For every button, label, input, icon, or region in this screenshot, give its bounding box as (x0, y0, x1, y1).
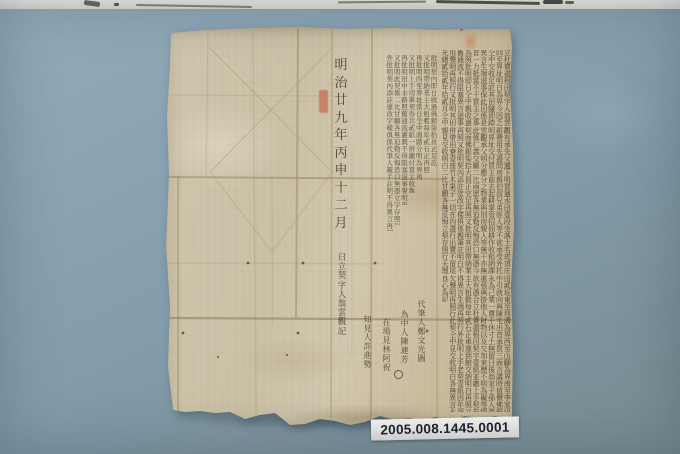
signature-column: 知見人許進勢 (362, 315, 373, 377)
wall-scuff-mark (114, 3, 119, 6)
catalog-number: 2005.008.1445.0001 (380, 420, 510, 438)
annotation-column: 又批明上手司單契券共貳紙一併繳付買主收執再照 (408, 55, 415, 193)
deed-text-column: 為照批明即日仝中親收過契面佛銀柒拾大員正完足再照又批明其田帶納業主大租穀每年貳石… (465, 50, 473, 412)
wall-scuff-mark (543, 0, 563, 4)
deed-main-text-block: 立杜賣盡根田契字人翁雲觀有承先父遺下明買過水田壹段坐落土名崁頂庄田貳坵東至圳溝為… (441, 50, 511, 412)
annotation-column: 外批明契內添註塗改字樣俱係代筆人親手註明不得異言再照行 (386, 55, 393, 231)
deed-text-column: 立杜賣盡根田契字人翁雲觀有承先父遺下明買過水田壹段坐落土名崁頂庄田貳坵東至圳溝為… (503, 50, 511, 412)
wall-crack-line (136, 4, 252, 8)
red-seal-smudge (463, 31, 478, 52)
signature-seal-mark (394, 370, 403, 379)
deed-paper: 立杜賣盡根田契字人翁雲觀有承先父遺下明買過水田壹段坐落土名崁頂庄田貳坵東至圳溝為… (165, 26, 515, 426)
date-column: 明治廿九年丙申十二月 (333, 56, 349, 238)
deed-text-column: 四至界址明白為界今因乏銀費用先盡問房親伯叔兄弟姪人等不欲承受外托中引就向與陳宅出… (496, 50, 504, 412)
wall-scuff-mark (565, 1, 574, 4)
deed-text-column: 用聲明再照行又批明其田併帶田寮壹座竹木果子一切在內盡行出賣不留尾欠聲明再照行此契… (449, 50, 457, 412)
signature-column: 在場見林阿祝 (381, 318, 392, 376)
annotation-column: 又批明此契係二比甘願各無迫勒反悔恐口無憑立字存照行 (394, 55, 401, 225)
red-seal-mark (319, 90, 328, 113)
deed-text-column: 仝中交收足訖其田隨即踏明界址交付買主前去起耕掌管招佃耕作收租納課永為己業一賣千休… (488, 50, 496, 412)
deed-text-column: 異言生端滋事保此田係是雲觀承父明分應分之物業與別房親人等無干亦無重張典掛他人財物… (480, 50, 488, 412)
wall-crack-line (436, 0, 540, 5)
annotation-column: 批明契內即日收過佛銀柒拾員正足訖再照 (430, 55, 437, 167)
annotation-column: 再批明四至界址當日仝中面踏分明為界再照 (416, 55, 423, 180)
signature-column: 代筆人鄭文光圖 (416, 300, 427, 366)
closing-column: 日立契字人翁雲觀記 (336, 253, 348, 337)
annotation-column: 又批明帶納業主大租穀每年貳石正再照行 (423, 55, 430, 173)
wall-crack-line (338, 1, 426, 4)
photo-scene: 立杜賣盡根田契字人翁雲觀有承先父遺下明買過水田壹段坐落土名崁頂庄田貳坵東至圳溝為… (0, 0, 680, 454)
signature-column: 為中人陳連芳 (399, 310, 410, 368)
red-ink-dot (460, 28, 463, 31)
deed-text-column: 首一力抵當不干買主之事此係仁義交關二比兩愿各無迫勒反悔恐口無憑今欲有憑合立杜賣盡… (472, 50, 480, 412)
board-light-streak (540, 75, 670, 155)
catalog-number-label: 2005.008.1445.0001 (371, 416, 519, 440)
deed-document: 立杜賣盡根田契字人翁雲觀有承先父遺下明買過水田壹段坐落土名崁頂庄田貳坵東至圳溝為… (165, 26, 515, 426)
deed-annotation-block: 批明契內即日收過佛銀柒拾員正足訖再照 又批明帶納業主大租穀每年貳石正再照行 再批… (386, 55, 438, 231)
annotation-column: 再批明田中水路照舊通流灌溉不得阻塞滋事聲明再照 (401, 55, 408, 205)
deed-text-column: 舊通流不得阻塞異言滋事再照又批明契內添註塗改字樣俱係親筆註明白不得異言生端再照行… (457, 50, 465, 412)
deed-text-column: 光緒貳拾貳年拾貳月仝中親見交收明白二比甘願各無反悔立契存照行天理良心為記永遠為照 (441, 50, 449, 302)
wall-scuff-mark (84, 0, 101, 7)
wall-strip (0, 0, 680, 9)
